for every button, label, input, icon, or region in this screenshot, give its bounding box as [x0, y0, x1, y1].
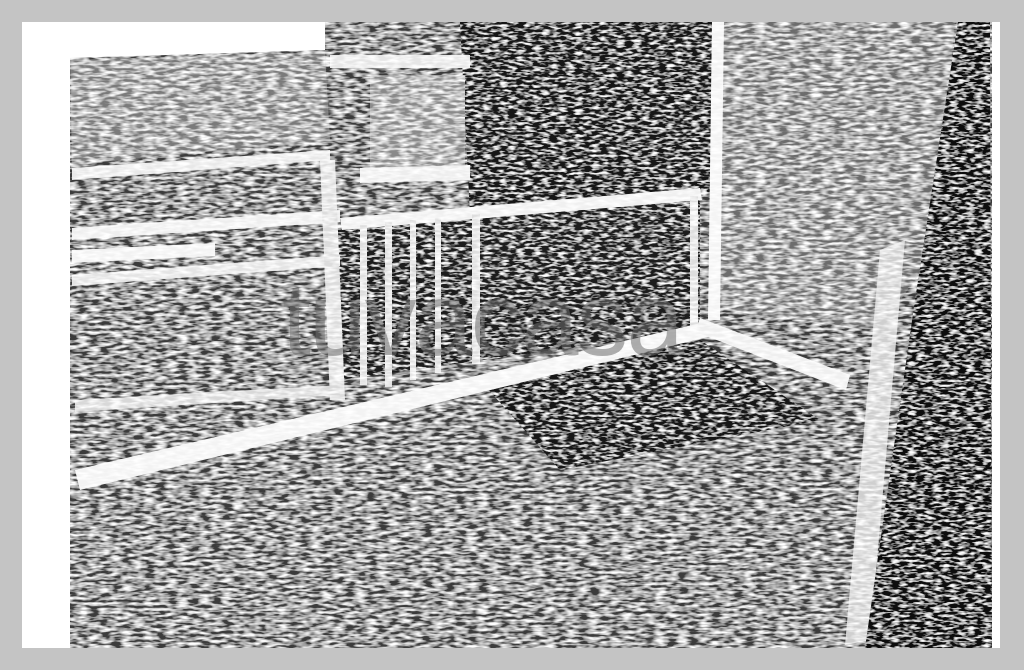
balcony-photo	[0, 0, 1024, 670]
